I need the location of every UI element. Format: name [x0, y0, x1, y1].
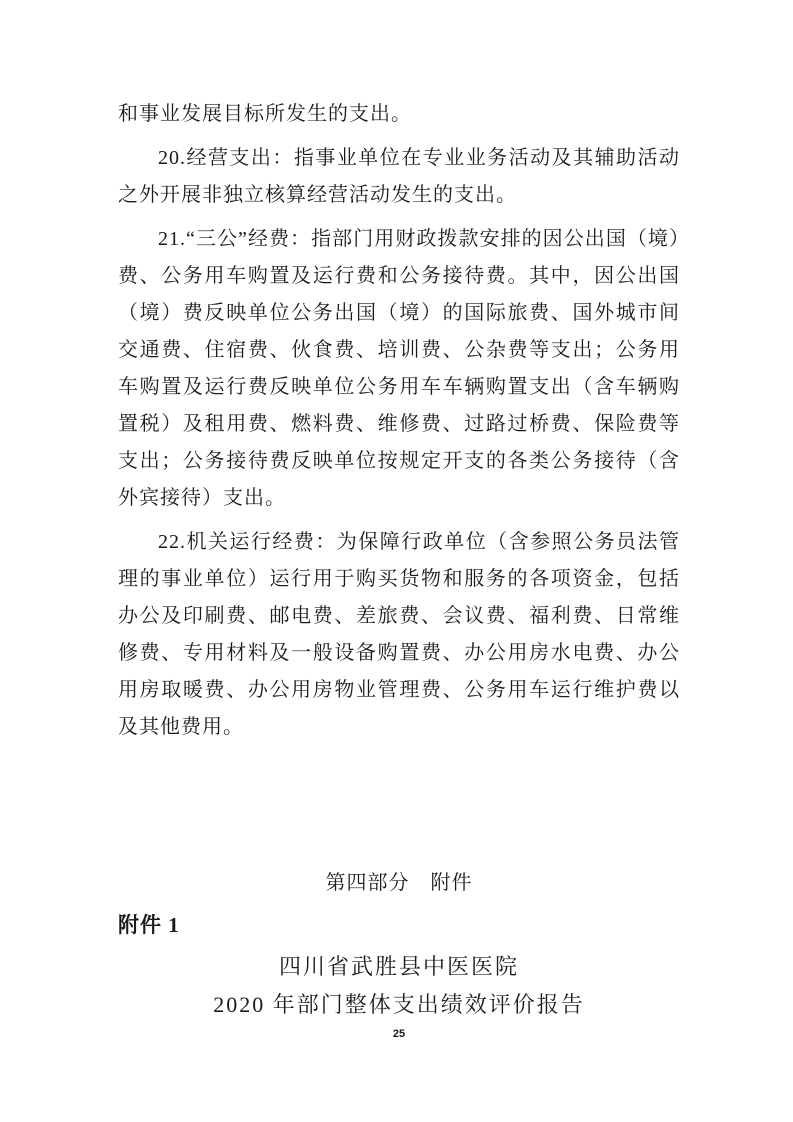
- attachment-title-line1: 四川省武胜县中医医院: [118, 948, 680, 986]
- paragraph-continuation: 和事业发展目标所发生的支出。: [118, 96, 680, 133]
- attachment-title-line2: 2020 年部门整体支出绩效评价报告: [118, 986, 680, 1024]
- attachment-label: 附件 1: [118, 907, 680, 944]
- paragraph-item-20-operating-expenditure: 20.经营支出：指事业单位在专业业务活动及其辅助活动之外开展非独立核算经营活动发…: [118, 140, 680, 214]
- paragraph-item-22-agency-operating-funds: 22.机关运行经费：为保障行政单位（含参照公务员法管理的事业单位）运行用于购买货…: [118, 524, 680, 746]
- page-content: 和事业发展目标所发生的支出。 20.经营支出：指事业单位在专业业务活动及其辅助活…: [0, 0, 793, 1042]
- paragraph-item-21-three-public-funds: 21.“三公”经费：指部门用财政拨款安排的因公出国（境）费、公务用车购置及运行费…: [118, 221, 680, 517]
- section-heading: 第四部分 附件: [118, 865, 680, 902]
- page-number: 25: [118, 1026, 680, 1042]
- document-page: 和事业发展目标所发生的支出。 20.经营支出：指事业单位在专业业务活动及其辅助活…: [0, 0, 793, 1122]
